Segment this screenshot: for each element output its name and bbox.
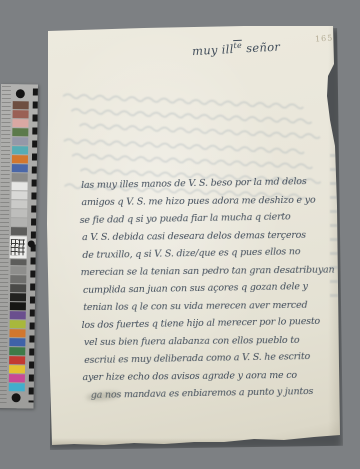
heading-prefix: muy ill — [192, 42, 234, 58]
color-patch — [9, 320, 25, 328]
color-calibration-strip — [0, 84, 38, 408]
dark-band — [10, 227, 26, 235]
color-patch — [11, 218, 27, 226]
bleed-line — [71, 105, 311, 127]
color-patch — [12, 101, 28, 109]
color-patch — [8, 383, 24, 391]
color-patch — [8, 374, 24, 382]
bleed-line — [63, 90, 303, 112]
color-patch — [11, 164, 27, 172]
dark-band — [10, 259, 26, 265]
color-patch — [12, 128, 28, 136]
bleed-line — [72, 150, 312, 172]
color-patch — [11, 209, 27, 217]
color-patch — [9, 356, 25, 364]
color-patch — [9, 338, 25, 346]
heading-rest: señor — [246, 40, 281, 56]
heading-superscript: te — [233, 41, 242, 50]
letter-body: las muy illes manos de V. S. beso por la… — [81, 173, 337, 405]
color-patch — [9, 311, 25, 319]
strip-top-dot — [16, 89, 25, 98]
color-patch-column — [8, 88, 29, 405]
color-patch — [12, 110, 28, 118]
color-patch — [11, 155, 27, 163]
color-patch — [12, 119, 28, 127]
letter-heading: muy illte señor — [192, 39, 281, 58]
color-patch — [11, 191, 27, 199]
color-patch — [11, 200, 27, 208]
gray-step-patch — [10, 284, 26, 292]
gray-step-patch — [10, 266, 26, 274]
registration-dot — [28, 240, 35, 247]
strip-bottom-dot — [12, 393, 21, 402]
photograph-background: 165 muy illte señor las muy illes manos … — [0, 0, 360, 469]
manuscript-page: 165 muy illte señor las muy illes manos … — [44, 24, 342, 448]
color-patch — [11, 173, 27, 181]
gray-step-patch — [9, 293, 25, 301]
color-patch — [9, 329, 25, 337]
bleed-line — [64, 135, 304, 157]
bleed-line — [80, 120, 320, 142]
handwritten-line: ga nos mandava es enbiaremos a punto y j… — [91, 383, 337, 405]
gray-step-patch — [9, 302, 25, 310]
gray-step-patch — [10, 275, 26, 283]
color-patch — [12, 146, 28, 154]
color-patch — [11, 182, 27, 190]
folio-number: 165 — [315, 33, 334, 43]
color-patch — [12, 137, 28, 145]
color-patch — [8, 365, 24, 373]
resolution-target — [10, 236, 27, 258]
color-patch — [9, 347, 25, 355]
